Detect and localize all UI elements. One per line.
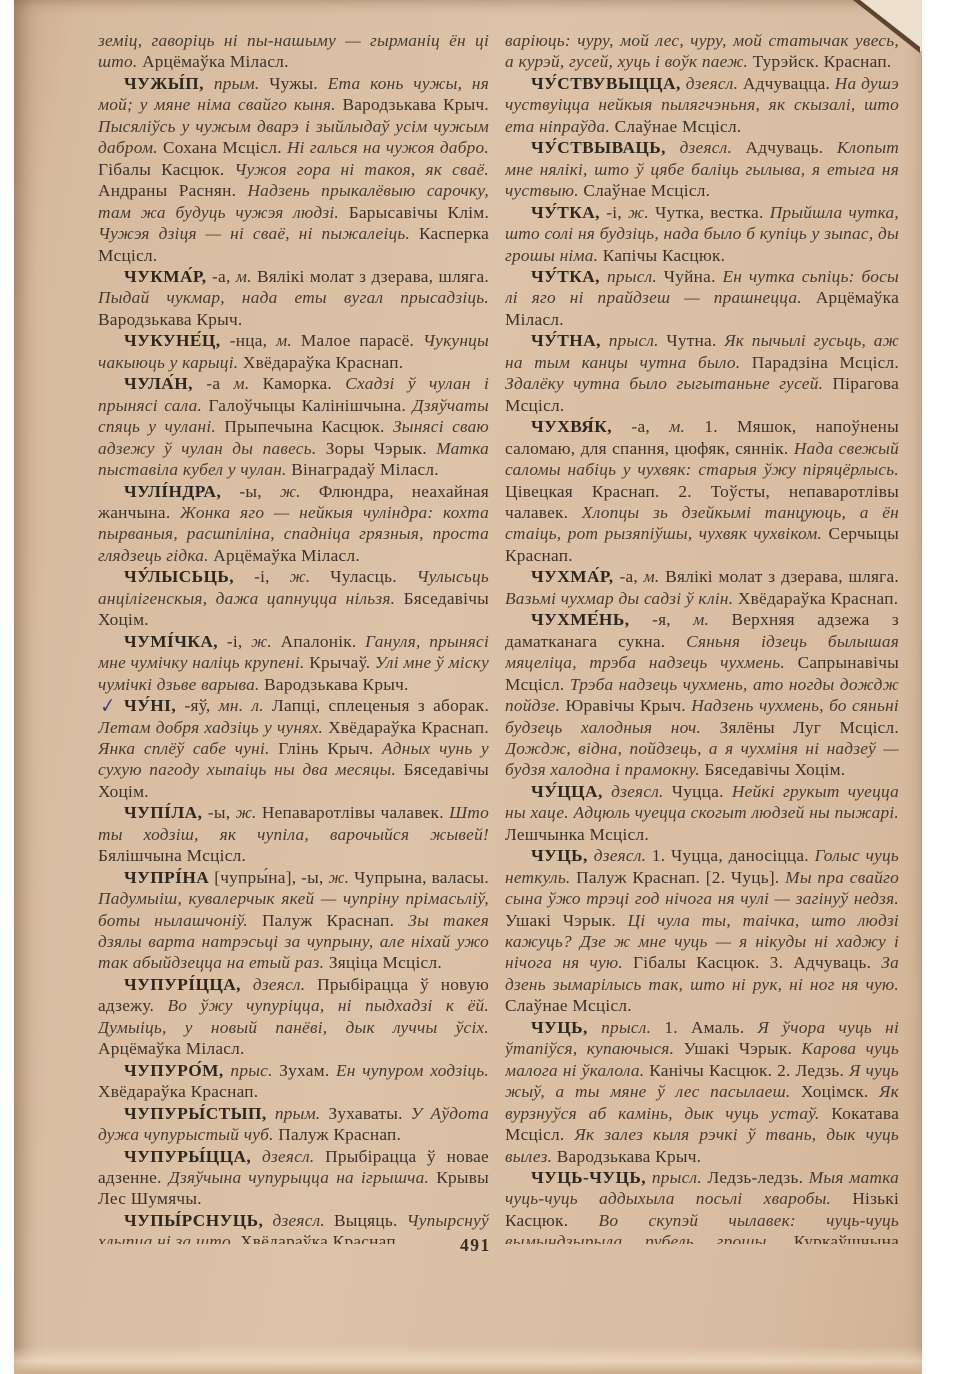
definition-text: Малое парасё. [301, 331, 423, 350]
dictionary-entry: ЧУПУРО́М, прыс. Зухам. Ен чупуром ходзіц… [98, 1060, 489, 1103]
dictionary-entry: ✓ЧУ́НІ, -яў, мн. л. Лапці, сплеценыя з а… [98, 695, 489, 802]
definition-text: -а, [212, 267, 236, 286]
definition-text: 1. Амаль. [664, 1018, 757, 1037]
dictionary-entry: ЧУ́ТНА, прысл. Чутна. Як пычылі гусьць, … [505, 330, 899, 416]
example-text: м. [669, 417, 704, 436]
definition-text: Бяседавічы Хоцім. [705, 760, 846, 779]
definition-text: -ы, [239, 482, 279, 501]
definition-text: Чутка, вестка. [655, 203, 770, 222]
entry-headword: ЧУЖЫ́П, [124, 74, 214, 93]
example-text: ж. [290, 567, 331, 586]
entry-headword: ЧУ́ТКА, [531, 203, 606, 222]
dictionary-entry: ЧУ́СТВУВЫЦЦА, дзеясл. Адчувацца. На душэ… [505, 73, 899, 137]
definition-text: Слаўнае Мсцісл. [615, 117, 742, 136]
definition-text: Палуж Краснап. [262, 911, 408, 930]
definition-text: -і, [606, 203, 628, 222]
scanned-dictionary-page: { "page": { "number": "491", "background… [0, 0, 960, 1374]
definition-text: Ледзь-ледзь. [708, 1168, 809, 1187]
entry-headword: ЧУКУНЕ́Ц, [124, 331, 230, 350]
example-text: м. [234, 374, 263, 393]
definition-text: Вародзькава Крыч. [98, 310, 242, 329]
definition-text: Палуж Краснап. [2. Чуць]. [576, 868, 785, 887]
entry-headword: ЧУЛА́Н, [124, 374, 206, 393]
definition-text: Слаўнае Мсцісл. [505, 996, 632, 1015]
entry-headword: ЧУПУРІ́ЦЦА, [124, 975, 253, 994]
entry-headword: ЧУПУРО́М, [124, 1061, 230, 1080]
definition-text: Прыпечына Касцюк. [224, 417, 393, 436]
dictionary-entry: ЧУ́ЦЦА, дзеясл. Чуцца. Нейкі грукыт чуец… [505, 781, 899, 845]
definition-text: Глінь Крыч. [278, 739, 382, 758]
definition-text: Барысавічы Клім. [349, 203, 489, 222]
definition-text: Ушакі Чэрык. [505, 911, 628, 930]
example-text: Пыдай чукмар, нада еты вугал прысадзіць. [98, 288, 489, 307]
definition-text: Апалонік. [281, 632, 365, 651]
example-text: дзеясл. [686, 74, 743, 93]
definition-text: -я, [652, 610, 693, 629]
example-text: м. [693, 610, 731, 629]
definition-text: -яў, [185, 696, 219, 715]
dictionary-entry: ЧУ́ЛЫСЬЦЬ, -і, ж. Чуласць. Чулысьць анці… [98, 566, 489, 630]
definition-text: -а, [631, 417, 669, 436]
entry-headword: ЧУХВЯ́К, [531, 417, 631, 436]
example-text: прым. [275, 1104, 329, 1123]
definition-text: Непаваротлівы чалавек. [262, 803, 449, 822]
definition-text: Вародзькава Крыч. [557, 1147, 701, 1166]
example-text: м. [236, 267, 257, 286]
dictionary-entry: ЧУПІ́ЛА, -ы, ж. Непаваротлівы чалавек. Ш… [98, 802, 489, 866]
example-text: ж. [328, 868, 354, 887]
entry-headword: ЧУХМА́Р, [531, 567, 619, 586]
dictionary-entry: ЧУЦЬ, дзеясл. 1. Чуцца, даносіцца. Голыс… [505, 845, 899, 1017]
entry-headword: ЧУ́СТВУВЫЦЦА, [531, 74, 686, 93]
definition-text: Ушакі Чэрык. [683, 1039, 801, 1058]
entry-headword: ЧУ́ЦЦА, [531, 782, 611, 801]
entry-headword: ЧУ́ТНА, [531, 331, 609, 350]
definition-text: Вародзькава Крыч. [264, 675, 408, 694]
dictionary-entry: ЧУПУРЫ́ЦЦА, дзеясл. Прыбірацца ў новае а… [98, 1146, 489, 1210]
definition-text: Андраны Раснян. [98, 181, 247, 200]
text-columns: земіц, гаворіць ні пы-нашыму — гырманіц … [98, 30, 899, 1244]
definition-text: Арцёмаўка Міласл. [142, 52, 289, 71]
definition-text: Арцёмаўка Міласл. [98, 1039, 245, 1058]
entry-headword: ЧУПІ́ЛА, [124, 803, 208, 822]
dictionary-entry: ЧУМІ́ЧКА, -і, ж. Апалонік. Гануля, прыня… [98, 631, 489, 695]
example-text: дзеясл. [594, 846, 652, 865]
definition-text: Вялікі молат з дзерава, шляга. [257, 267, 489, 286]
entry-headword: ЧУПУРЫ́СТЫП, [124, 1104, 275, 1123]
definition-text: Юравічы Крыч. [565, 696, 691, 715]
dictionary-entry: ЧУПЫ́РСНУЦЬ, дзеясл. Выцяць. Чупырснуў х… [98, 1210, 489, 1244]
definition-text: Хвёдараўка Краснап. [243, 353, 403, 372]
handwritten-checkmark-icon: ✓ [99, 694, 116, 719]
example-text: дзеясл. [611, 782, 672, 801]
definition-text: Гібалы Касцюк. 3. Адчуваць. [633, 953, 881, 972]
definition-text: Вялікі молат з дзерава, шляга. [665, 567, 899, 586]
entry-headword: ЧУ́ТКА, [531, 267, 607, 286]
definition-text: Хоцімск. [801, 1082, 879, 1101]
example-text: прым. [214, 74, 269, 93]
entry-headword: ЧУ́НІ, [124, 696, 185, 715]
definition-text: Капічы Касцюк. [603, 246, 725, 265]
definition-text: Слаўнае Мсцісл. [583, 181, 710, 200]
definition-text: [чупры́на], -ы, [214, 868, 328, 887]
dictionary-entry: ЧУХВЯ́К, -а, м. 1. Мяшок, напоўнены сало… [505, 416, 899, 566]
definition-text: 1. Чуцца, даносіцца. [652, 846, 815, 865]
definition-text: Бялішчына Мсцісл. [98, 846, 246, 865]
dictionary-entry: ЧУХМА́Р, -а, м. Вялікі молат з дзерава, … [505, 566, 899, 609]
example-text: Здалёку чутна было гыгытаньне гусей. [505, 374, 833, 393]
definition-text: -і, [254, 567, 289, 586]
example-text: ж. [251, 632, 281, 651]
definition-text: Хвёдараўка Краснап. [328, 718, 489, 737]
definition-text: Вародзькава Крыч. [342, 95, 489, 114]
dictionary-entry: ЧУЖЫ́П, прым. Чужы. Ета конь чужы, ня мо… [98, 73, 489, 266]
definition-text: Хвёдараўка Краснап. [240, 1232, 400, 1244]
example-text: прысл. [652, 1168, 708, 1187]
example-text: Вазьмі чухмар ды садзі ў клін. [505, 589, 738, 608]
definition-text: Чуласць. [330, 567, 416, 586]
text-column-right: варіюць: чуру, мой лес, чуру, мой статыч… [505, 30, 899, 1244]
definition-text: Зяціца Мсцісл. [329, 953, 442, 972]
example-text: ж. [236, 803, 262, 822]
example-text: прысл. [607, 267, 664, 286]
definition-text: Адчуваць. [745, 138, 836, 157]
example-text: Ен чупуром ходзіць. [336, 1061, 489, 1080]
definition-text: Каморка. [263, 374, 346, 393]
definition-text: -а [206, 374, 233, 393]
example-text: Ні галься на чужоя дабро. [287, 138, 489, 157]
dictionary-entry: ЧУКМА́Р, -а, м. Вялікі молат з дзерава, … [98, 266, 489, 330]
definition-text: -ы, [208, 803, 236, 822]
example-text: дзеясл. [273, 1211, 335, 1230]
example-text: прыс. [230, 1061, 279, 1080]
definition-text: Чужы. [269, 74, 328, 93]
example-text: м. [276, 331, 301, 350]
page-edge-shadow [14, 1346, 922, 1374]
example-text: дзеясл. [253, 975, 317, 994]
definition-text: Выцяць. [334, 1211, 407, 1230]
entry-headword: ЧУЦЬ, [531, 1018, 601, 1037]
entry-headword: ЧУЛІ́НДРА, [124, 482, 239, 501]
entry-headword: ЧУЦЬ-ЧУЦЬ, [531, 1168, 652, 1187]
dictionary-entry: ЧУ́СТВЫВАЦЬ, дзеясл. Адчуваць. Клопыт мн… [505, 137, 899, 201]
definition-text: Лапці, сплеценыя з аборак. [272, 696, 489, 715]
entry-headword: ЧУПЫ́РСНУЦЬ, [124, 1211, 273, 1230]
definition-text: -а, [619, 567, 643, 586]
dictionary-entry: ЧУКУНЕ́Ц, -нца, м. Малое парасё. Чукунцы… [98, 330, 489, 373]
definition-text: Чутна. [666, 331, 724, 350]
definition-text: Арцёмаўка Міласл. [213, 546, 360, 565]
definition-text: Канічы Касцюк. 2. Ледзь. [649, 1061, 849, 1080]
definition-text: -і, [227, 632, 251, 651]
text-column-left: земіц, гаворіць ні пы-нашыму — гырманіц … [98, 30, 489, 1244]
example-text: прысл. [601, 1018, 664, 1037]
definition-text: Хвёдараўка Краснап. [738, 589, 898, 608]
example-text: дзеясл. [680, 138, 746, 157]
continuation-paragraph: варіюць: чуру, мой лес, чуру, мой статыч… [505, 30, 899, 73]
definition-text: Зялёны Луг Мсцісл. [720, 718, 899, 737]
example-text: Чужоя гора ні такоя, як сваё. [234, 160, 489, 179]
example-text: Дзяўчына чупурыцца на ігрышча. [169, 1168, 436, 1187]
book-page: земіц, гаворіць ні пы-нашыму — гырманіц … [14, 0, 922, 1374]
entry-headword: ЧУПРІ́НА [124, 868, 214, 887]
entry-headword: ЧУПУРЫ́ЦЦА, [124, 1147, 262, 1166]
example-text: Летам добря хадзіць у чунях. [98, 718, 328, 737]
definition-text: Галоўчыцы Калінішчына. [208, 396, 412, 415]
example-text: Янка сплёў сабе чуні. [98, 739, 278, 758]
definition-text: Сохана Мсцісл. [163, 138, 287, 157]
dictionary-entry: ЧУЦЬ, прысл. 1. Амаль. Я ўчора чуць ні ў… [505, 1017, 899, 1167]
dictionary-entry: ЧУПУРЫ́СТЫП, прым. Зухаваты. У Аўдота ду… [98, 1103, 489, 1146]
example-text: дзеясл. [262, 1147, 325, 1166]
definition-text: Лешчынка Мсцісл. [505, 825, 649, 844]
definition-text: Зухам. [279, 1061, 336, 1080]
dictionary-entry: ЧУПРІ́НА [чупры́на], -ы, ж. Чупрына, вал… [98, 867, 489, 974]
example-text: Чужэя дзіця — ні сваё, ні пыжалеіць. [98, 224, 419, 243]
example-text: прысл. [609, 331, 667, 350]
definition-text: Чупрына, валасы. [354, 868, 489, 887]
definition-text: Чуйна. [664, 267, 723, 286]
definition-text: Гібалы Касцюк. [98, 160, 234, 179]
definition-text: Чуцца. [672, 782, 732, 801]
definition-text: -нца, [230, 331, 276, 350]
definition-text: Хвёдараўка Краснап. [98, 1082, 258, 1101]
definition-text: Адчувацца. [743, 74, 835, 93]
dictionary-entry: ЧУХМЕ́НЬ, -я, м. Верхняя адзежа з даматк… [505, 609, 899, 781]
entry-headword: ЧУКМА́Р, [124, 267, 212, 286]
example-text: ж. [280, 482, 319, 501]
entry-headword: ЧУХМЕ́НЬ, [531, 610, 652, 629]
definition-text: Зухаваты. [328, 1104, 410, 1123]
page-number: 491 [460, 1235, 491, 1256]
example-text: м. [644, 567, 666, 586]
dictionary-entry: ЧУ́ТКА, -і, ж. Чутка, вестка. Прыйшла чу… [505, 202, 899, 266]
entry-headword: ЧУ́СТВЫВАЦЬ, [531, 138, 680, 157]
definition-text: Турэйск. Краснап. [753, 52, 892, 71]
entry-headword: ЧУ́ЛЫСЬЦЬ, [124, 567, 254, 586]
example-text: ж. [628, 203, 655, 222]
dictionary-entry: ЧУПУРІ́ЦЦА, дзеясл. Прыбірацца ў новую а… [98, 974, 489, 1060]
dictionary-entry: ЧУЦЬ-ЧУЦЬ, прысл. Ледзь-ледзь. Мыя матка… [505, 1167, 899, 1244]
definition-text: Зоры Чэрык. [326, 439, 436, 458]
definition-text: Палуж Краснап. [278, 1125, 401, 1144]
dictionary-entry: ЧУЛІ́НДРА, -ы, ж. Флюндра, неахайная жан… [98, 481, 489, 567]
dictionary-entry: ЧУЛА́Н, -а м. Каморка. Схадзі ў чулан і … [98, 373, 489, 480]
definition-text: Парадзіна Мсцісл. [752, 353, 899, 372]
definition-text: Вінаградаў Міласл. [291, 460, 439, 479]
example-text: мн. л. [219, 696, 272, 715]
entry-headword: ЧУМІ́ЧКА, [124, 632, 227, 651]
entry-headword: ЧУЦЬ, [531, 846, 594, 865]
continuation-paragraph: земіц, гаворіць ні пы-нашыму — гырманіц … [98, 30, 489, 73]
definition-text: Крычаў. [309, 653, 375, 672]
dictionary-entry: ЧУ́ТКА, прысл. Чуйна. Ен чутка сьпіць: б… [505, 266, 899, 330]
